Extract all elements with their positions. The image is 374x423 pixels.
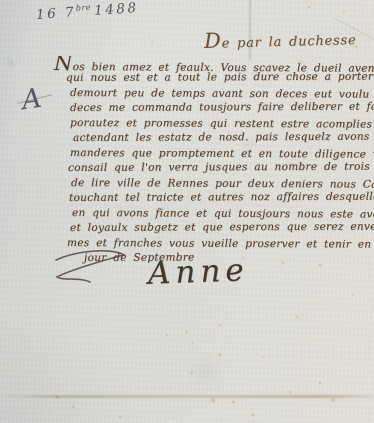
body-line: deces me commanda tousjours faire delibe… bbox=[70, 100, 374, 116]
archival-date-superscript: bre bbox=[76, 3, 92, 13]
archival-date: 16 7bre1488 bbox=[36, 0, 140, 23]
body-line: et loyaulx subgetz et que esperons que s… bbox=[70, 220, 374, 236]
letter-heading: De par la duchesse bbox=[204, 25, 357, 53]
body-line: actendant les estatz de nosd. pais lesqu… bbox=[73, 130, 374, 146]
body-line: touchant tel traicte et autres noz affai… bbox=[69, 190, 374, 206]
signature: Anne bbox=[147, 252, 249, 291]
manuscript-page: 16 7bre1488 De par la duchesse A Nos bie… bbox=[0, 0, 374, 423]
horizontal-crease bbox=[0, 395, 374, 398]
body-line: consail que l'on verra jusques au nombre… bbox=[68, 160, 374, 176]
archival-date-daymonth: 16 7 bbox=[36, 4, 77, 23]
archival-date-year: 1488 bbox=[94, 0, 139, 19]
letter-body: Nos bien amez et feaulx. Vous scavez le … bbox=[0, 56, 374, 266]
body-line: qui nous est et a tout le pais dure chos… bbox=[66, 70, 374, 86]
